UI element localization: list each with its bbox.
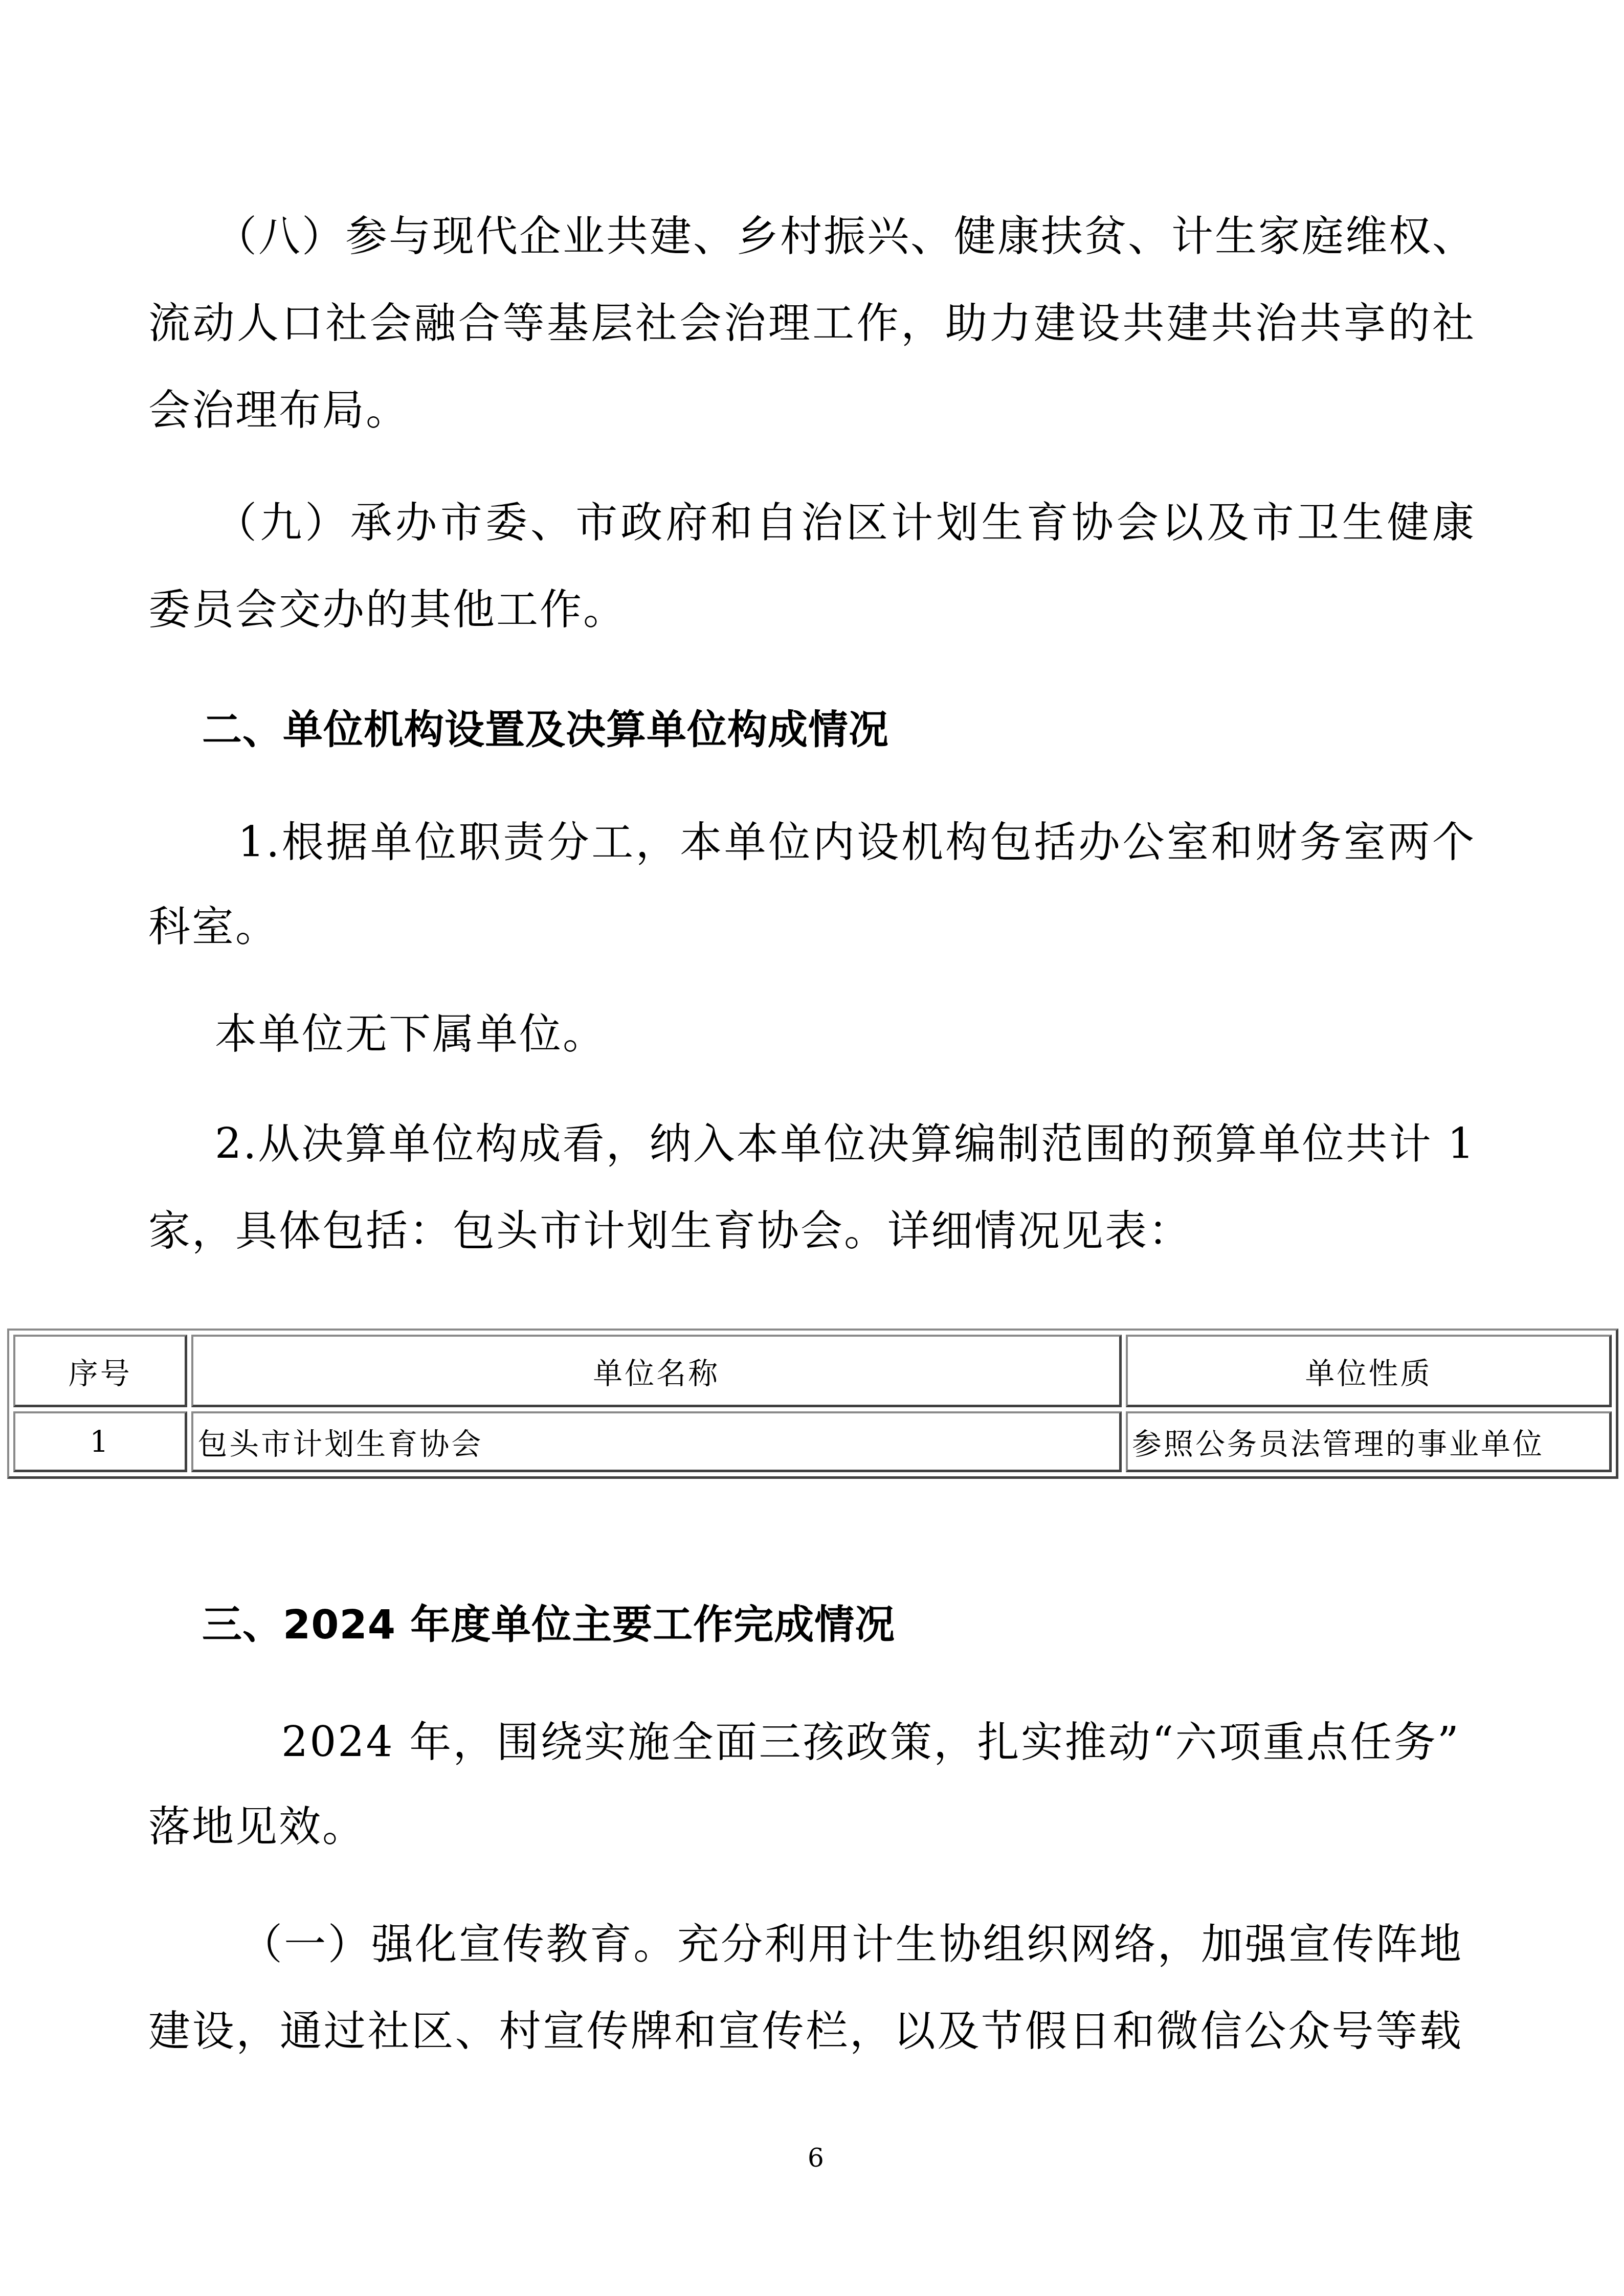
section-3-heading: 三、2024 年度单位主要工作完成情况 (202, 1600, 895, 1651)
paragraph-9-line-1: （九）承办市委、市政府和自治区计划生育协会以及市卫生健康 (215, 498, 1476, 549)
header-cell-unit-nature: 单位性质 (1126, 1335, 1612, 1407)
cell-unit-nature: 参照公务员法管理的事业单位 (1126, 1411, 1612, 1472)
section-2-heading: 二、单位机构设置及决算单位构成情况 (202, 705, 889, 756)
document-page: （八）参与现代企业共建、乡村振兴、健康扶贫、计生家庭维权、 流动人口社会融合等基… (0, 0, 1624, 2296)
intro-line-1: 2024 年，围绕实施全面三孩政策，扎实推动“六项重点任务” (281, 1717, 1460, 1768)
item-1-line-2: 科室。 (148, 902, 1478, 953)
paragraph-8-line-2: 流动人口社会融合等基层社会治理工作，助力建设共建共治共享的社 (148, 298, 1476, 349)
cell-index: 1 (13, 1411, 187, 1472)
header-cell-index: 序号 (13, 1335, 187, 1407)
paragraph-8-line-3: 会治理布局。 (148, 385, 1478, 436)
item-2-line-1: 2.从决算单位构成看，纳入本单位决算编制范围的预算单位共计 1 (215, 1119, 1476, 1170)
paragraph-1-line-1: （一）强化宣传教育。充分利用计生协组织网络，加强宣传阵地 (240, 1919, 1463, 1970)
no-subunit-text: 本单位无下属单位。 (215, 1009, 1545, 1060)
table-row: 1 包头市计划生育协会 参照公务员法管理的事业单位 (13, 1411, 1612, 1472)
unit-composition-table: 序号 单位名称 单位性质 1 包头市计划生育协会 参照公务员法管理的事业单位 (7, 1329, 1618, 1479)
intro-line-2: 落地见效。 (148, 1802, 1478, 1853)
paragraph-1-line-2: 建设，通过社区、村宣传牌和宣传栏，以及节假日和微信公众号等载 (148, 2006, 1463, 2057)
paragraph-9-line-2: 委员会交办的其他工作。 (148, 584, 1478, 636)
table-header-row: 序号 单位名称 单位性质 (13, 1335, 1612, 1407)
item-2-line-2: 家，具体包括：包头市计划生育协会。详细情况见表： (148, 1206, 1478, 1257)
page-number: 6 (800, 2143, 831, 2173)
paragraph-8-line-1: （八）参与现代企业共建、乡村振兴、健康扶贫、计生家庭维权、 (215, 211, 1476, 262)
header-cell-unit-name: 单位名称 (191, 1335, 1122, 1407)
item-1-line-1: 1.根据单位职责分工，本单位内设机构包括办公室和财务室两个 (238, 817, 1476, 868)
cell-unit-name: 包头市计划生育协会 (191, 1411, 1122, 1472)
